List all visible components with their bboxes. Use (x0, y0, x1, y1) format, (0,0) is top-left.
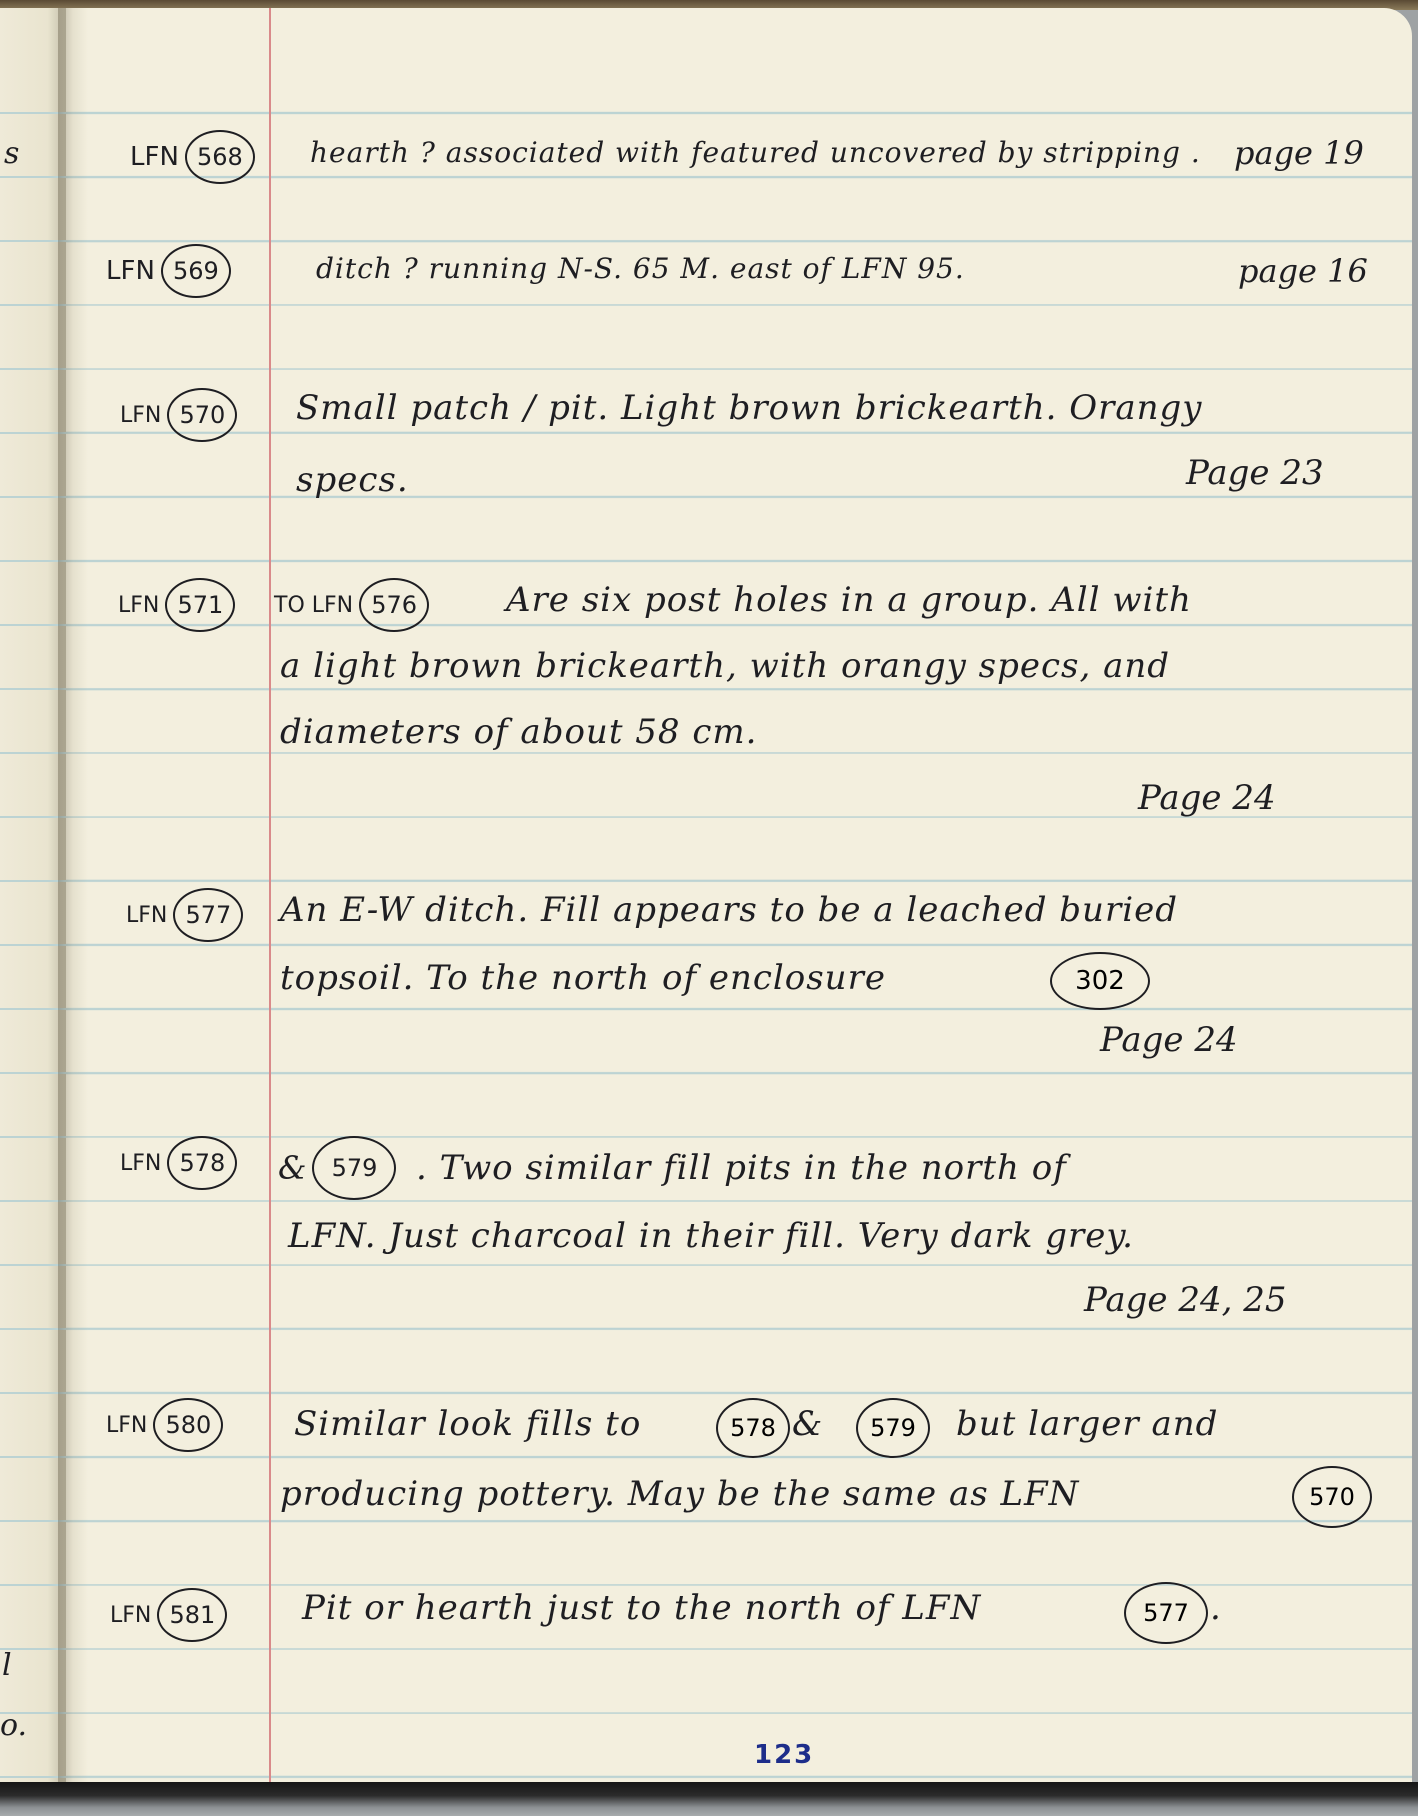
entry-text: specs. (296, 460, 409, 500)
entry-text: Pit or hearth just to the north of LFN (302, 1588, 981, 1628)
circled-enclosure-number: 302 (1050, 952, 1150, 1010)
entry-text: a light brown brickearth, with orangy sp… (280, 646, 1170, 686)
notebook-page: LFN 568 hearth ? associated with feature… (66, 8, 1412, 1782)
entry-text: . Two similar fill pits in the north of (416, 1148, 1067, 1188)
page-reference: Page 24 (1100, 1020, 1238, 1060)
circled-number: 579 (312, 1136, 396, 1200)
entry-text: diameters of about 58 cm. (280, 712, 757, 752)
entry-text: ditch ? running N-S. 65 M. east of LFN 9… (316, 252, 965, 285)
left-page-fragment: l (2, 1648, 12, 1683)
left-page-fragment: s (4, 136, 19, 171)
circled-number: 576 (359, 578, 429, 632)
entry-label: LFN 577 (126, 888, 243, 942)
page-reference: page 19 (1234, 134, 1364, 172)
entry-text: Similar look fills to (294, 1404, 641, 1444)
entry-text: Are six post holes in a group. All with (506, 580, 1192, 620)
red-margin-line (269, 8, 271, 1782)
page-reference: Page 24 (1138, 778, 1276, 818)
entry-label: LFN 568 (130, 130, 255, 184)
entry-punctuation: . (1210, 1588, 1222, 1628)
lfn-prefix: LFN (126, 903, 167, 928)
entry-text: An E-W ditch. Fill appears to be a leach… (280, 890, 1178, 930)
entry-label: LFN 571 (118, 578, 235, 632)
range-connector: TO LFN (274, 593, 353, 618)
entry-text: Small patch / pit. Light brown brickeart… (296, 388, 1203, 428)
circled-number: 578 (167, 1136, 237, 1190)
circled-number: 580 (153, 1398, 223, 1452)
entry-pair-second: & 579 (278, 1136, 396, 1200)
circled-reference: 577 (1124, 1582, 1208, 1644)
circled-number: 570 (167, 388, 237, 442)
lfn-prefix: LFN (118, 593, 159, 618)
circled-number: 581 (157, 1588, 227, 1642)
left-page-fragment: o. (0, 1708, 27, 1743)
entry-text: hearth ? associated with featured uncove… (310, 136, 1201, 169)
lfn-prefix: LFN (120, 1151, 161, 1176)
page-number: 123 (754, 1740, 814, 1770)
entry-label: LFN 580 (106, 1398, 223, 1452)
entry-text: LFN. Just charcoal in their fill. Very d… (288, 1216, 1134, 1256)
circled-reference: 578 (716, 1398, 790, 1458)
page-reference: Page 23 (1186, 453, 1324, 493)
notebook-bottom-edge (0, 1782, 1418, 1816)
pair-connector: & (278, 1149, 306, 1187)
binding-gutter (58, 8, 88, 1782)
circled-number: 568 (185, 130, 255, 184)
entry-range-end: TO LFN 576 (274, 578, 429, 632)
entry-label: LFN 578 (120, 1136, 237, 1190)
entry-label: LFN 570 (120, 388, 237, 442)
page-reference: Page 24, 25 (1084, 1280, 1286, 1320)
circled-reference: 570 (1292, 1466, 1372, 1528)
circled-number: 571 (165, 578, 235, 632)
entry-text: but larger and (956, 1404, 1218, 1444)
entry-text: producing pottery. May be the same as LF… (280, 1474, 1079, 1514)
entry-text: & (792, 1404, 823, 1444)
entry-text: topsoil. To the north of enclosure (280, 958, 886, 998)
lfn-prefix: LFN (106, 256, 155, 286)
entry-label: LFN 569 (106, 244, 231, 298)
circled-number: 577 (173, 888, 243, 942)
circled-reference: 579 (856, 1398, 930, 1458)
page-reference: page 16 (1238, 252, 1368, 290)
circled-number: 569 (161, 244, 231, 298)
lfn-prefix: LFN (106, 1413, 147, 1438)
entry-label: LFN 581 (110, 1588, 227, 1642)
lfn-prefix: LFN (110, 1603, 151, 1628)
lfn-prefix: LFN (130, 142, 179, 172)
lfn-prefix: LFN (120, 403, 161, 428)
